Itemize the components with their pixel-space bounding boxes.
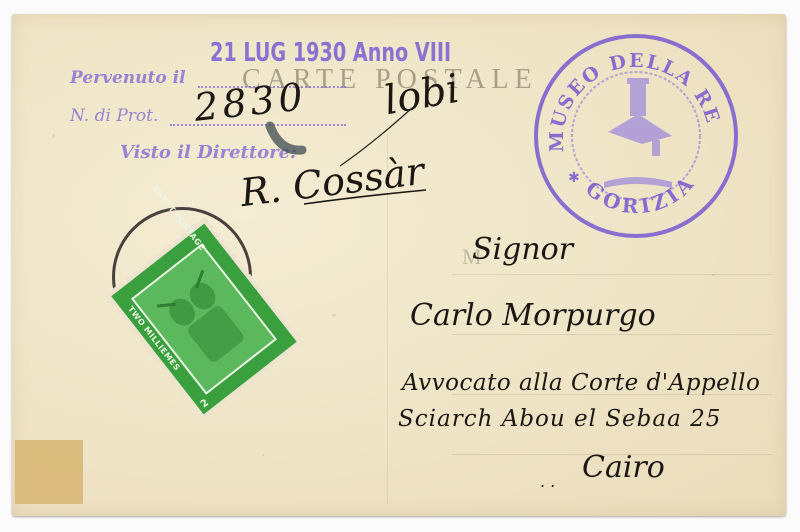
address-rule bbox=[452, 274, 772, 275]
recipient-title: Avvocato alla Corte d'Appello bbox=[402, 370, 760, 396]
svg-text:GORIZIA: GORIZIA bbox=[581, 169, 700, 218]
receipt-date-stamp: 21 LUG 1930 Anno VIII bbox=[210, 38, 451, 68]
received-label: Pervenuto il bbox=[70, 68, 186, 88]
pharaoh-statue-icon bbox=[134, 246, 274, 392]
seal-star-icon: ✱ bbox=[568, 170, 580, 186]
recipient-name: Carlo Morpurgo bbox=[410, 298, 656, 333]
city-dots: . . bbox=[540, 472, 555, 491]
paper-speck bbox=[332, 314, 336, 317]
paper-speck bbox=[52, 134, 55, 137]
seal-bottom-text: GORIZIA bbox=[581, 169, 700, 218]
street-address: Sciarch Abou el Sebaa 25 bbox=[398, 406, 721, 432]
castle-tower-icon bbox=[604, 78, 672, 188]
museum-seal: MUSEO DELLA REDENZIONE GORIZIA ✱ bbox=[532, 32, 740, 240]
address-rule bbox=[452, 334, 772, 335]
city: Cairo bbox=[582, 450, 665, 485]
signature-underline bbox=[302, 184, 432, 208]
stamp-denomination: 2 bbox=[199, 397, 212, 410]
tape-residue bbox=[15, 440, 83, 504]
salutation: Signor bbox=[472, 232, 573, 267]
postcard: CARTE POSTALE M 21 LUG 1930 Anno VIII Pe… bbox=[12, 14, 786, 516]
paper-speck bbox=[262, 454, 264, 456]
protocol-label: N. di Prot. bbox=[70, 106, 158, 126]
